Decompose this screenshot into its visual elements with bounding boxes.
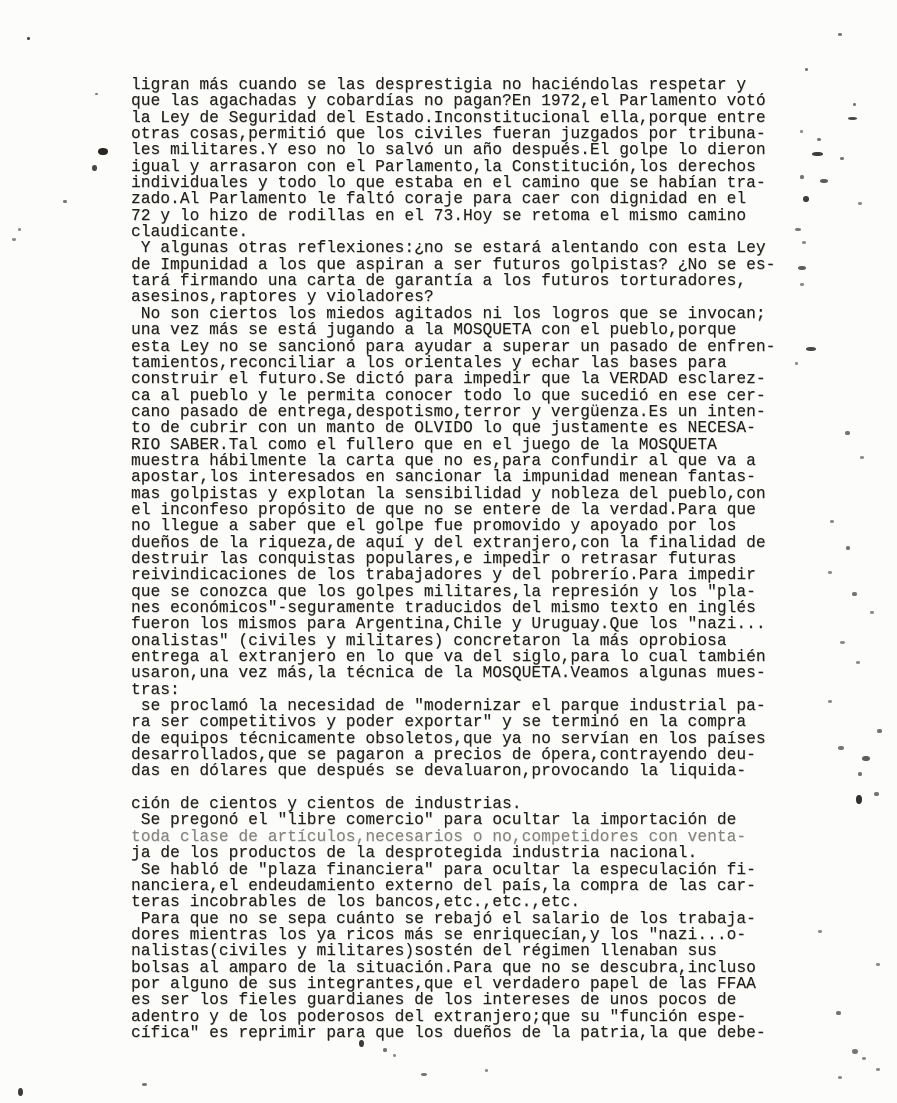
ink-speck bbox=[862, 1057, 866, 1060]
text-line: apostar,los interesados en sancionar la … bbox=[131, 469, 775, 485]
ink-speck bbox=[828, 700, 832, 703]
ink-speck bbox=[800, 130, 803, 133]
text-line bbox=[131, 780, 775, 796]
ink-speck bbox=[840, 641, 845, 644]
ink-speck bbox=[818, 930, 822, 933]
scanned-document-page: ligran más cuando se las desprestigia no… bbox=[0, 0, 897, 1103]
text-line: les militares.Y eso no lo salvó un año d… bbox=[131, 142, 775, 158]
ink-speck bbox=[18, 1088, 23, 1096]
ink-speck bbox=[830, 520, 834, 523]
text-line: tras: bbox=[131, 682, 775, 698]
text-line: No son ciertos los miedos agitados ni lo… bbox=[131, 306, 775, 322]
ink-speck bbox=[820, 179, 828, 183]
ink-speck bbox=[63, 200, 67, 203]
ink-speck bbox=[800, 283, 804, 286]
text-line: claudicante. bbox=[131, 224, 775, 240]
text-line: de Impunidad a los que aspiran a ser fut… bbox=[131, 257, 775, 273]
text-line: reivindicaciones de los trabajadores y d… bbox=[131, 567, 775, 583]
ink-speck bbox=[98, 148, 108, 155]
text-line: igual y arrasaron con el Parlamento,la C… bbox=[131, 159, 775, 175]
ink-speck bbox=[817, 138, 821, 141]
text-line: dores mientras los ya ricos más se enriq… bbox=[131, 927, 775, 943]
text-line: Se habló de "plaza financiera" para ocul… bbox=[131, 862, 775, 878]
text-line: fueron los mismos para Argentina,Chile y… bbox=[131, 616, 775, 632]
ink-speck bbox=[92, 165, 97, 171]
text-line: nanciera,el endeudamiento externo del pa… bbox=[131, 878, 775, 894]
ink-speck bbox=[12, 238, 16, 241]
ink-speck bbox=[862, 756, 870, 761]
ink-speck bbox=[856, 795, 862, 804]
ink-speck bbox=[877, 729, 882, 733]
text-line: usaron,una vez más,la técnica de la MOSQ… bbox=[131, 665, 775, 681]
ink-speck bbox=[18, 228, 21, 231]
text-line: zado.Al Parlamento le faltó coraje para … bbox=[131, 191, 775, 207]
text-line: onalistas" (civiles y militares) concret… bbox=[131, 633, 775, 649]
ink-speck bbox=[802, 241, 806, 244]
ink-speck bbox=[876, 963, 880, 966]
text-line: toda clase de artículos,necesarios o no,… bbox=[131, 829, 775, 845]
text-line: que se conozca que los golpes militares,… bbox=[131, 584, 775, 600]
text-line: la Ley de Seguridad del Estado.Inconstit… bbox=[131, 110, 775, 126]
text-line: el inconfeso propósito de que no se ente… bbox=[131, 502, 775, 518]
text-line: es ser los fieles guardianes de los inte… bbox=[131, 992, 775, 1008]
text-line: por alguno de sus integrantes,que el ver… bbox=[131, 976, 775, 992]
document-text-block: ligran más cuando se las desprestigia no… bbox=[131, 77, 775, 1041]
ink-speck bbox=[27, 37, 30, 40]
ink-speck bbox=[846, 546, 850, 550]
text-line: muestra hábilmente la carta que no es,pa… bbox=[131, 453, 775, 469]
ink-speck bbox=[858, 772, 862, 776]
text-line: dueños de la riqueza,de aquí y del extra… bbox=[131, 535, 775, 551]
ink-speck bbox=[383, 1048, 387, 1052]
ink-speck bbox=[838, 1076, 842, 1079]
ink-speck bbox=[852, 592, 857, 596]
text-line: ca al pueblo y le permita conocer todo l… bbox=[131, 388, 775, 404]
text-line: cífica" es reprimir para que los dueños … bbox=[131, 1025, 775, 1041]
ink-speck bbox=[485, 1069, 488, 1072]
text-line: to de cubrir con un manto de OLVIDO lo q… bbox=[131, 420, 775, 436]
ink-speck bbox=[798, 266, 806, 270]
ink-speck bbox=[838, 746, 844, 750]
ink-speck bbox=[795, 362, 798, 365]
ink-speck bbox=[853, 103, 856, 106]
ink-speck bbox=[838, 33, 842, 36]
text-line: ja de los productos de la desprotegida i… bbox=[131, 845, 775, 861]
ink-speck bbox=[836, 1011, 841, 1015]
ink-speck bbox=[858, 202, 862, 205]
ink-speck bbox=[876, 1068, 880, 1071]
ink-speck bbox=[95, 93, 98, 95]
text-line: adentro y de los poderosos del extranjer… bbox=[131, 1009, 775, 1025]
text-line: esta Ley no se sancionó para ayudar a su… bbox=[131, 339, 775, 355]
ink-speck bbox=[795, 228, 801, 231]
text-line: Y algunas otras reflexiones:¿no se estar… bbox=[131, 240, 775, 256]
text-line: tará firmando una carta de garantía a lo… bbox=[131, 273, 775, 289]
ink-speck bbox=[874, 792, 879, 796]
ink-speck bbox=[870, 611, 874, 614]
text-line: entrega al extranjero en lo que va del s… bbox=[131, 649, 775, 665]
text-line: asesinos,raptores y violadores? bbox=[131, 289, 775, 305]
ink-speck bbox=[359, 1040, 364, 1047]
text-line: otras cosas,permitió que los civiles fue… bbox=[131, 126, 775, 142]
text-line: que las agachadas y cobardías no pagan?E… bbox=[131, 93, 775, 109]
ink-speck bbox=[852, 1049, 858, 1054]
ink-speck bbox=[845, 431, 850, 435]
ink-speck bbox=[828, 571, 832, 574]
text-line: Se pregonó el "libre comercio" para ocul… bbox=[131, 812, 775, 828]
text-line: desarrollados,que se pagaron a precios d… bbox=[131, 747, 775, 763]
ink-speck bbox=[805, 68, 808, 71]
ink-speck bbox=[848, 117, 857, 120]
text-line: ción de cientos y cientos de industrias. bbox=[131, 796, 775, 812]
ink-speck bbox=[142, 1083, 147, 1086]
text-line: una vez más se está jugando a la MOSQUET… bbox=[131, 322, 775, 338]
text-line: de equipos técnicamente obsoletos,que ya… bbox=[131, 731, 775, 747]
ink-speck bbox=[806, 347, 816, 351]
ink-speck bbox=[393, 1054, 396, 1057]
text-line: individuales y todo lo que estaba en el … bbox=[131, 175, 775, 191]
ink-speck bbox=[860, 456, 864, 459]
text-line: Para que no se sepa cuánto se rebajó el … bbox=[131, 911, 775, 927]
text-line: RIO SABER.Tal como el fullero que en el … bbox=[131, 437, 775, 453]
ink-speck bbox=[856, 661, 860, 664]
text-line: ra ser competitivos y poder exportar" y … bbox=[131, 714, 775, 730]
text-line: tamientos,reconciliar a los orientales y… bbox=[131, 355, 775, 371]
text-line: construir el futuro.Se dictó para impedi… bbox=[131, 371, 775, 387]
text-line: mas golpistas y explotan la sensibilidad… bbox=[131, 486, 775, 502]
ink-speck bbox=[421, 1073, 427, 1076]
text-line: das en dólares que después se devaluaron… bbox=[131, 763, 775, 779]
text-line: nalistas(civiles y militares)sostén del … bbox=[131, 943, 775, 959]
text-line: ligran más cuando se las desprestigia no… bbox=[131, 77, 775, 93]
text-line: no llegue a saber que el golpe fue promo… bbox=[131, 518, 775, 534]
text-line: cano pasado de entrega,despotismo,terror… bbox=[131, 404, 775, 420]
text-line: 72 y lo hizo de rodillas en el 73.Hoy se… bbox=[131, 208, 775, 224]
text-line: teras incobrables de los bancos,etc.,etc… bbox=[131, 894, 775, 910]
ink-speck bbox=[812, 152, 823, 156]
ink-speck bbox=[800, 175, 804, 179]
text-line: se proclamó la necesidad de "modernizar … bbox=[131, 698, 775, 714]
ink-speck bbox=[840, 157, 844, 160]
ink-speck bbox=[803, 196, 809, 202]
text-line: bolsas al amparo de la situación.Para qu… bbox=[131, 960, 775, 976]
text-line: destruir las conquistas populares,e impe… bbox=[131, 551, 775, 567]
text-line: nes económicos"-seguramente traducidos d… bbox=[131, 600, 775, 616]
